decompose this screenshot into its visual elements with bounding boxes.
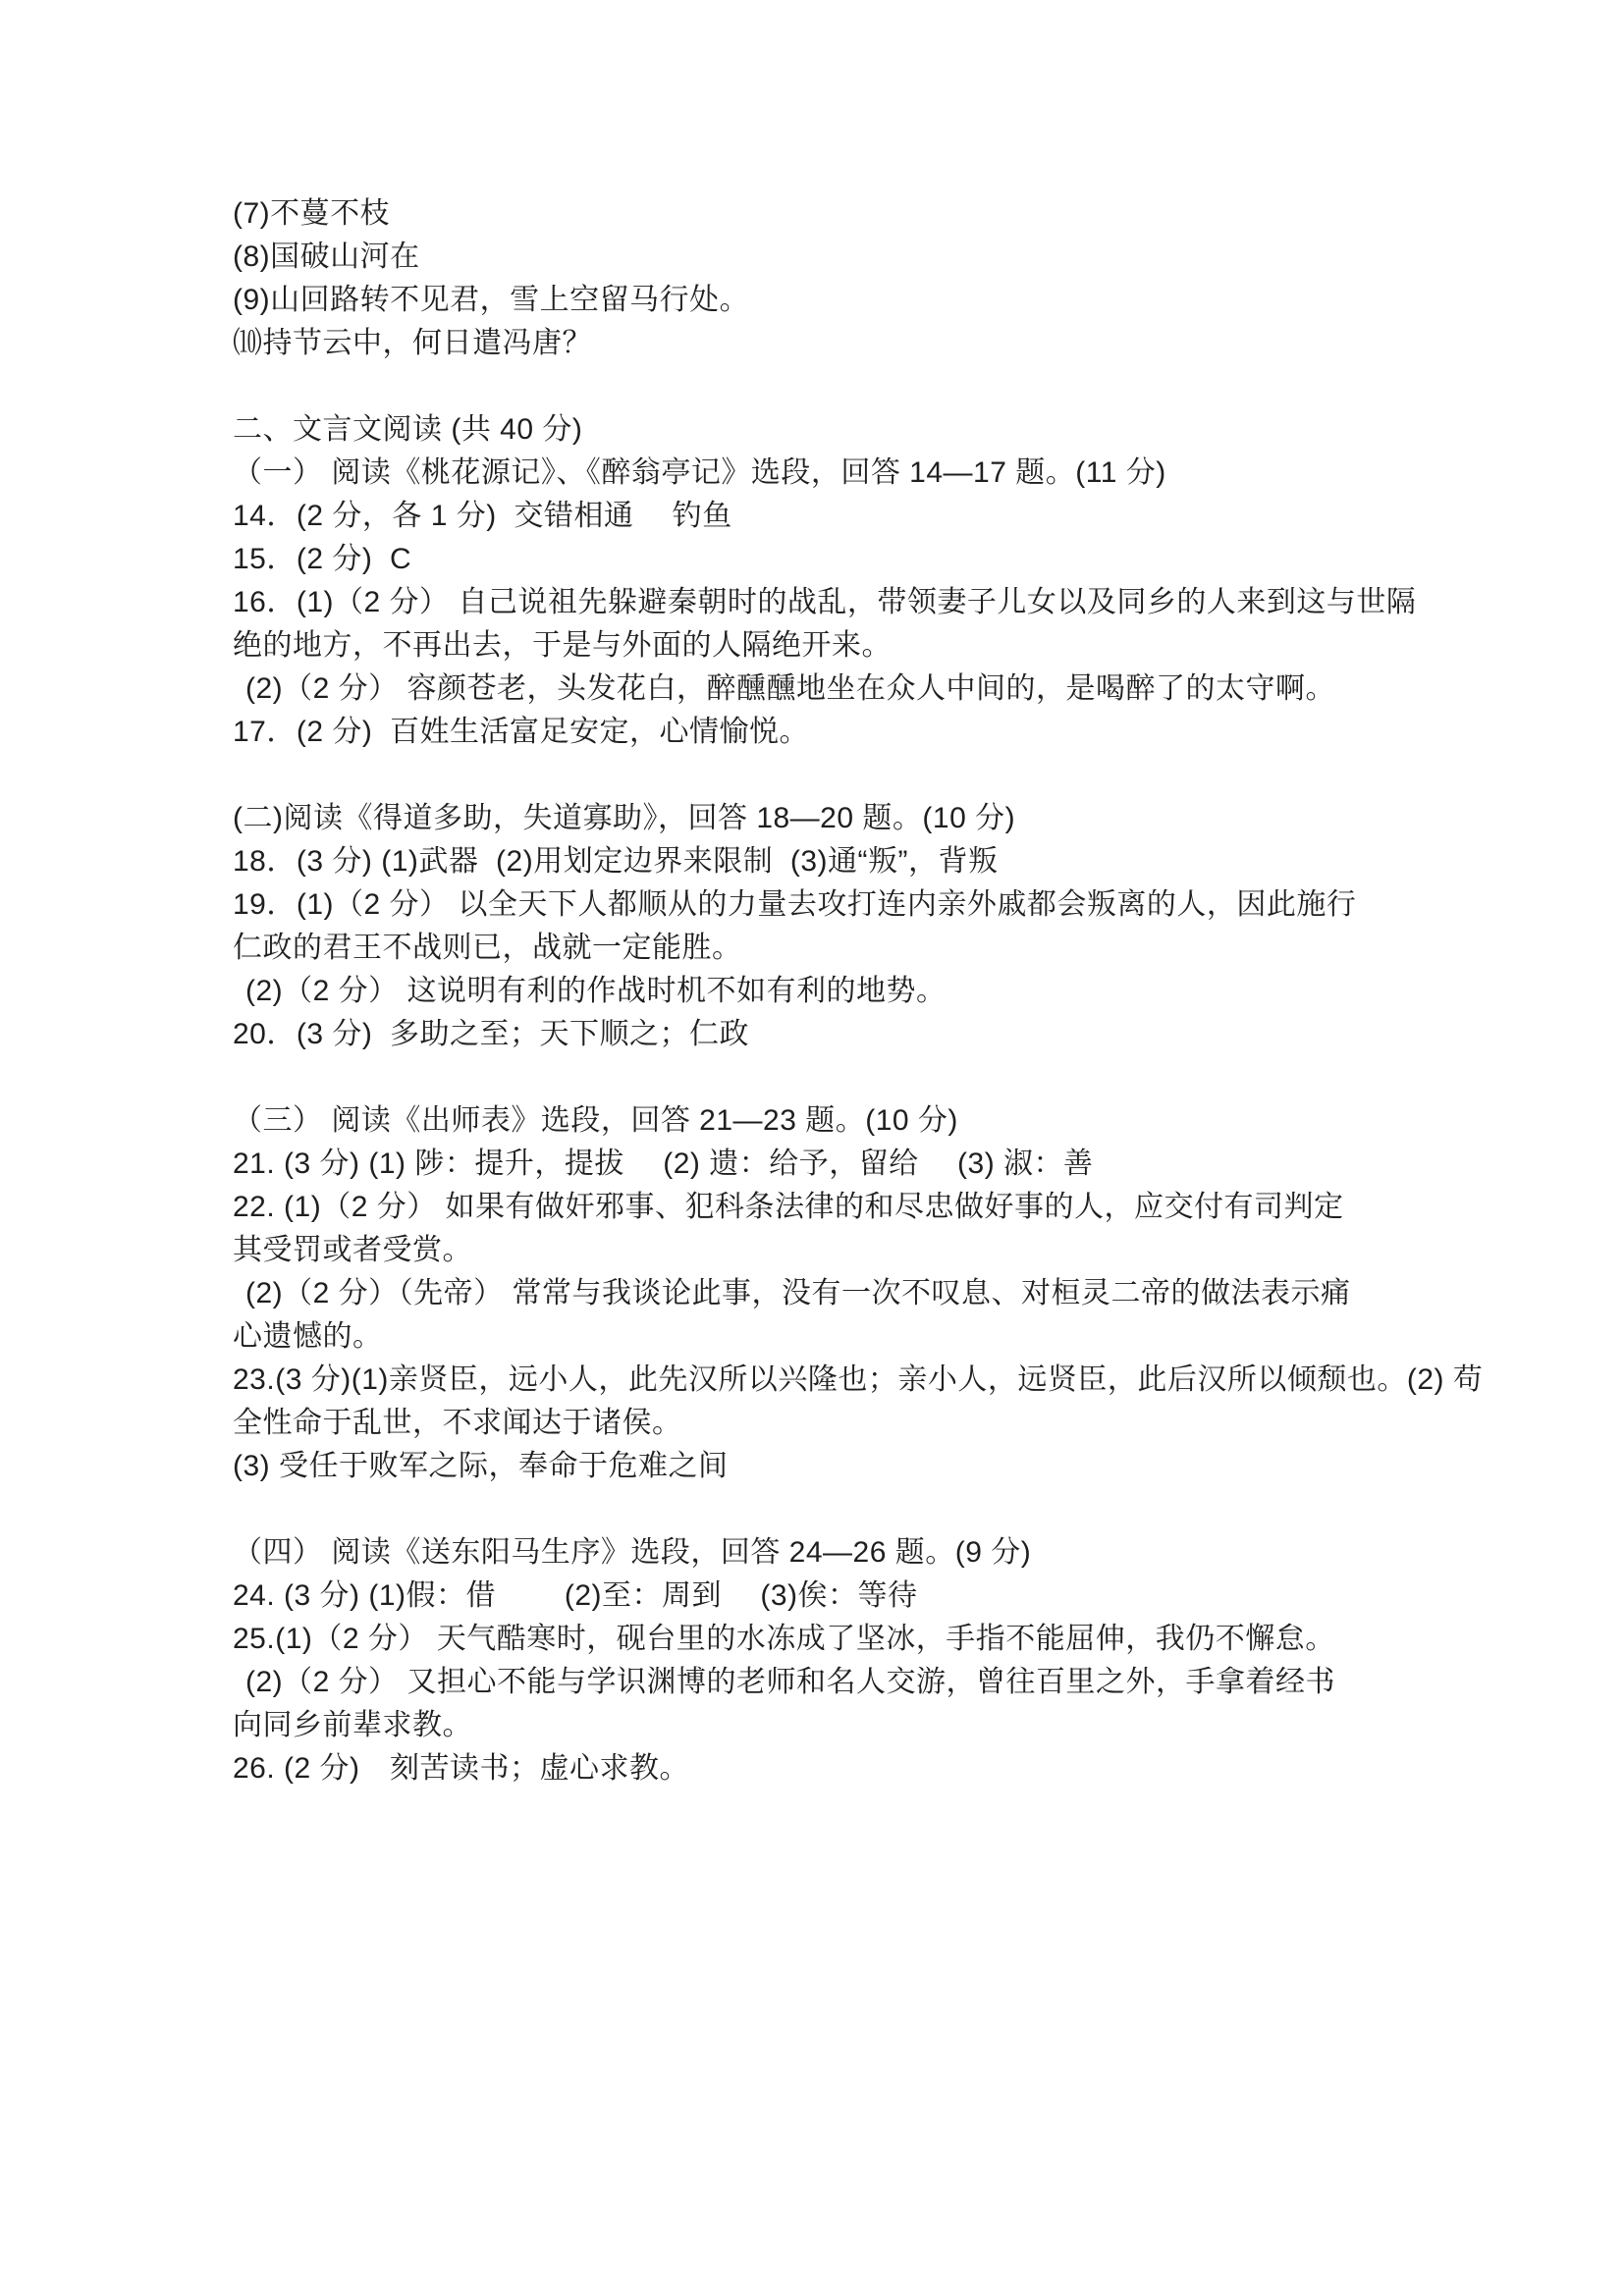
answer-19-2: (2)（2 分） 这说明有利的作战时机不如有利的地势。 [233, 970, 1401, 1013]
answer-line-9: (9)山回路转不见君，雪上空留马行处。 [233, 279, 1401, 322]
answer-16-1: 16．(1)（2 分） 自己说祖先躲避秦朝时的战乱，带领妻子儿女以及同乡的人来到… [233, 581, 1401, 624]
answer-26: 26. (2 分) 刻苦读书；虚心求教。 [233, 1747, 1401, 1790]
part-1-heading: （一） 阅读《桃花源记》、《醉翁亭记》选段，回答 14—17 题。(11 分) [233, 452, 1401, 495]
section-2-heading: 二、文言文阅读 (共 40 分) [233, 408, 1401, 452]
answer-14: 14．(2 分，各 1 分) 交错相通 钓鱼 [233, 495, 1401, 538]
answer-22-1-cont: 其受罚或者受赏。 [233, 1229, 1401, 1272]
answer-line-10: ⑽持节云中，何日遣冯唐？ [233, 322, 1401, 365]
answer-20: 20．(3 分) 多助之至；天下顺之；仁政 [233, 1013, 1401, 1056]
answer-22-1: 22. (1)（2 分） 如果有做奸邪事、犯科条法律的和尽忠做好事的人，应交付有… [233, 1186, 1401, 1229]
document-body: (7)不蔓不枝 (8)国破山河在 (9)山回路转不见君，雪上空留马行处。 ⑽持节… [233, 192, 1401, 1790]
answer-22-2-cont: 心遗憾的。 [233, 1315, 1401, 1359]
answer-23-1-cont: 全性命于乱世，不求闻达于诸侯。 [233, 1402, 1401, 1445]
answer-19-1: 19．(1)（2 分） 以全天下人都顺从的力量去攻打连内亲外戚都会叛离的人，因此… [233, 883, 1401, 927]
answer-18: 18．(3 分) (1)武器 (2)用划定边界来限制 (3)通“叛”，背叛 [233, 840, 1401, 883]
answer-23-1: 23.(3 分)(1)亲贤臣，远小人，此先汉所以兴隆也；亲小人，远贤臣，此后汉所… [233, 1359, 1401, 1402]
answer-15: 15．(2 分) C [233, 538, 1401, 581]
answer-22-2: (2)（2 分）（先帝） 常常与我谈论此事，没有一次不叹息、对桓灵二帝的做法表示… [233, 1272, 1401, 1315]
answer-line-8: (8)国破山河在 [233, 236, 1401, 279]
answer-25-1: 25.(1)（2 分） 天气酷寒时，砚台里的水冻成了坚冰，手指不能屈伸，我仍不懈… [233, 1618, 1401, 1661]
document-page: (7)不蔓不枝 (8)国破山河在 (9)山回路转不见君，雪上空留马行处。 ⑽持节… [0, 0, 1624, 2296]
answer-25-2-cont: 向同乡前辈求教。 [233, 1704, 1401, 1747]
part-4-heading: （四） 阅读《送东阳马生序》选段，回答 24—26 题。(9 分) [233, 1531, 1401, 1575]
answer-23-3: (3) 受任于败军之际，奉命于危难之间 [233, 1445, 1401, 1488]
answer-line-7: (7)不蔓不枝 [233, 192, 1401, 236]
answer-17: 17．(2 分) 百姓生活富足安定，心情愉悦。 [233, 711, 1401, 754]
answer-21: 21. (3 分) (1) 陟：提升，提拔 (2) 遗：给予，留给 (3) 淑：… [233, 1143, 1401, 1186]
answer-25-2: (2)（2 分） 又担心不能与学识渊博的老师和名人交游，曾往百里之外，手拿着经书 [233, 1661, 1401, 1704]
answer-16-2: (2)（2 分） 容颜苍老，头发花白，醉醺醺地坐在众人中间的，是喝醉了的太守啊。 [233, 667, 1401, 711]
answer-24: 24. (3 分) (1)假：借 (2)至：周到 (3)俟：等待 [233, 1575, 1401, 1618]
answer-16-1-cont: 绝的地方，不再出去，于是与外面的人隔绝开来。 [233, 624, 1401, 667]
part-3-heading: （三） 阅读《出师表》选段，回答 21—23 题。(10 分) [233, 1099, 1401, 1143]
part-2-heading: (二)阅读《得道多助，失道寡助》，回答 18—20 题。(10 分) [233, 797, 1401, 840]
answer-19-1-cont: 仁政的君王不战则已，战就一定能胜。 [233, 927, 1401, 970]
